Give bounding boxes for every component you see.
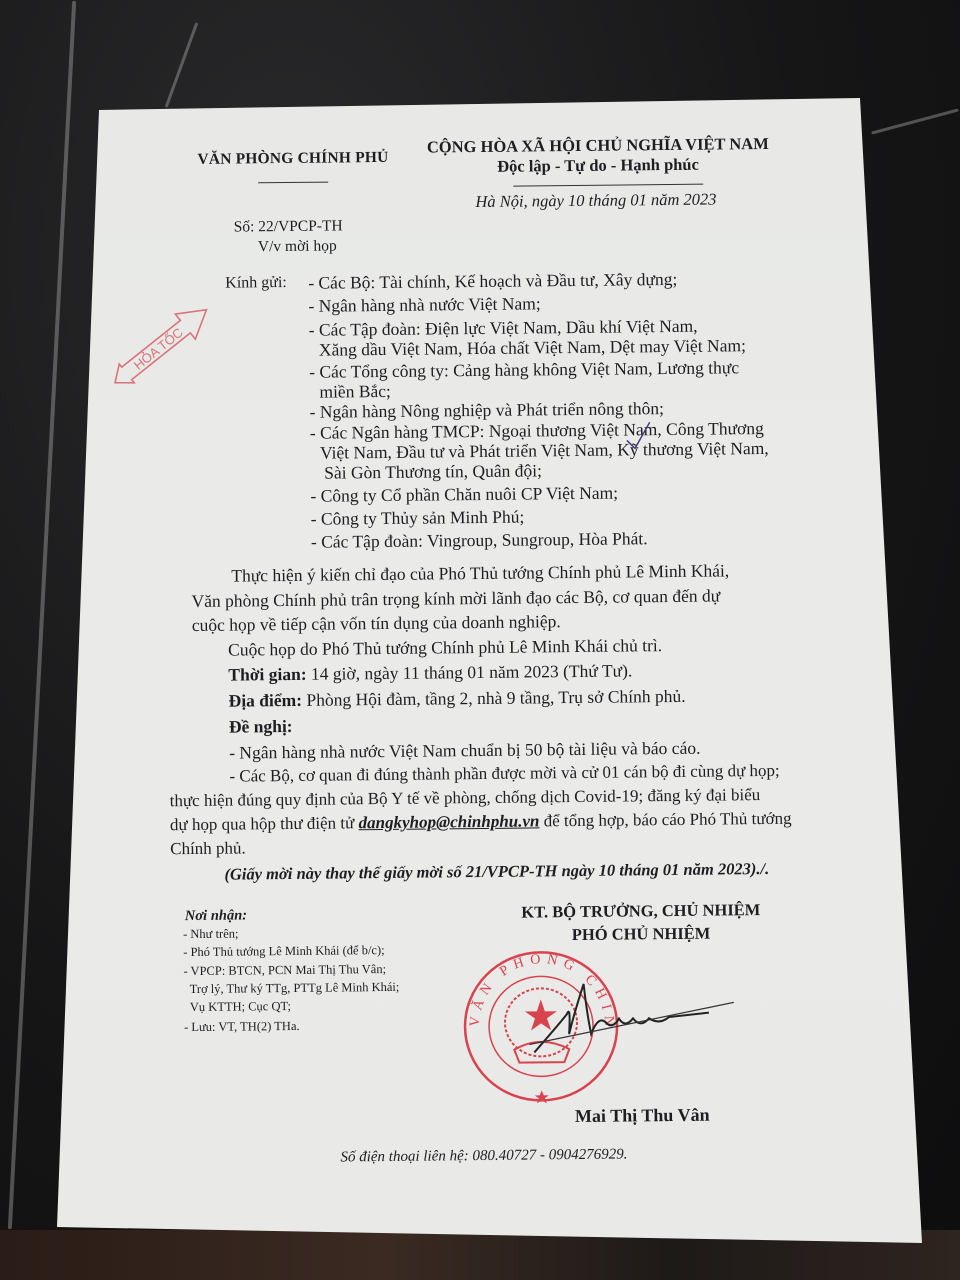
recipient-line: Xăng dầu Việt Nam, Hóa chất Việt Nam, Dệ… [319,335,746,360]
handwritten-signature-icon [529,972,740,1064]
svg-text:HỎA TỐC: HỎA TỐC [131,325,186,373]
recipient-line: miền Bắc; [319,381,391,403]
recipient-line: Sài Gòn Thương tín, Quân đội; [324,460,542,483]
document-subject: V/v mời họp [258,237,337,256]
recipient-line: - Các Tổng công ty: Cảng hàng không Việt… [309,357,739,383]
recipient-line: - Các Tập đoàn: Vingroup, Sungroup, Hòa … [311,528,648,553]
distribution-line: - Lưu: VT, TH(2) THa. [184,1019,300,1035]
request-text: dự họp qua hộp thư điện tử [170,813,359,834]
request-item: dự họp qua hộp thư điện tử dangkyhop@chi… [170,809,792,836]
recipient-line: - Công ty Cổ phần Chăn nuôi CP Việt Nam; [310,483,618,507]
email-link[interactable]: dangkyhop@chinhphu.vn [358,811,539,832]
recipient-line: Việt Nam, Đầu tư và Phát triển Việt Nam,… [320,438,769,464]
document-content: VĂN PHÒNG CHÍNH PHỦ CỘNG HÒA XÃ HỘI CHỦ … [0,0,960,1280]
distribution-line: Vụ KTTH; Cục QT; [184,999,291,1015]
place-value: Phòng Hội đàm, tầng 2, nhà 9 tầng, Trụ s… [302,686,686,710]
time-label: Thời gian: [228,664,306,685]
request-item: Chính phủ. [170,838,246,859]
intro-line: Văn phòng Chính phủ trân trọng kính mời … [191,585,720,612]
replacement-note: (Giấy mời này thay thế giấy mời số 21/VP… [224,859,769,885]
signature-title: KT. BỘ TRƯỞNG, CHỦ NHIỆM [491,900,791,923]
distribution-line: - Như trên; [183,927,239,943]
issuer-name: VĂN PHÒNG CHÍNH PHỦ [188,149,398,169]
distribution-line: Trợ lý, Thư ký TTg, PTTg Lê Minh Khái; [184,980,400,997]
contact-phone: Số điện thoại liên hệ: 080.40727 - 09042… [340,1146,627,1166]
distribution-line: - VPCP: BTCN, PCN Mai Thị Thu Vân; [183,962,386,979]
pen-mark-icon [623,418,653,453]
recipient-line: - Ngân hàng nhà nước Việt Nam; [308,293,540,316]
request-item: - Ngân hàng nhà nước Việt Nam chuẩn bị 5… [229,738,700,764]
chair-line: Cuộc họp do Phó Thủ tướng Chính phủ Lê M… [228,635,662,661]
recipient-line: - Các Bộ: Tài chính, Kế hoạch và Đầu tư,… [308,269,677,294]
header-rule [513,184,703,187]
request-item: - Các Bộ, cơ quan đi đúng thành phần đượ… [229,761,780,787]
place-date: Hà Nội, ngày 10 tháng 01 năm 2023 [475,189,716,212]
signer-name: Mai Thị Thu Vân [575,1105,710,1127]
header-rule [258,182,328,184]
intro-line: Thực hiện ý kiến chỉ đạo của Phó Thủ tướ… [231,560,729,586]
recipients-list: - Các Bộ: Tài chính, Kế hoạch và Đầu tư,… [0,0,953,5]
recipient-line: - Công ty Thủy sản Minh Phú; [311,507,525,530]
request-item: thực hiện đúng quy định của Bộ Y tế về p… [170,785,761,811]
signature-subtitle: PHÓ CHỦ NHIỆM [491,923,791,946]
place-label: Địa điểm: [229,690,303,711]
recipients-label: Kính gửi: [225,274,287,293]
distribution-list: - Như trên;- Phó Thủ tướng Lê Minh Khái … [0,0,953,5]
motto: Độc lập - Tự do - Hạnh phúc [413,154,783,178]
urgency-stamp-icon: HỎA TỐC [96,295,227,396]
document-number: Số: 22/VPCP-TH [234,217,343,236]
time-value: 14 giờ, ngày 11 tháng 01 năm 2023 (Thứ T… [307,660,633,683]
distribution-line: - Phó Thủ tướng Lê Minh Khái (để b/c); [183,943,384,960]
time-line: Thời gian: 14 giờ, ngày 11 tháng 01 năm … [228,660,632,685]
request-label: Đề nghị: [229,716,293,738]
intro-line: cuộc họp về tiếp cận vốn tín dụng của do… [192,611,561,636]
place-line: Địa điểm: Phòng Hội đàm, tầng 2, nhà 9 t… [229,686,686,712]
distribution-title: Nơi nhận: [185,907,247,925]
request-text: để tổng hợp, báo cáo Phó Thủ tướng [539,809,791,831]
